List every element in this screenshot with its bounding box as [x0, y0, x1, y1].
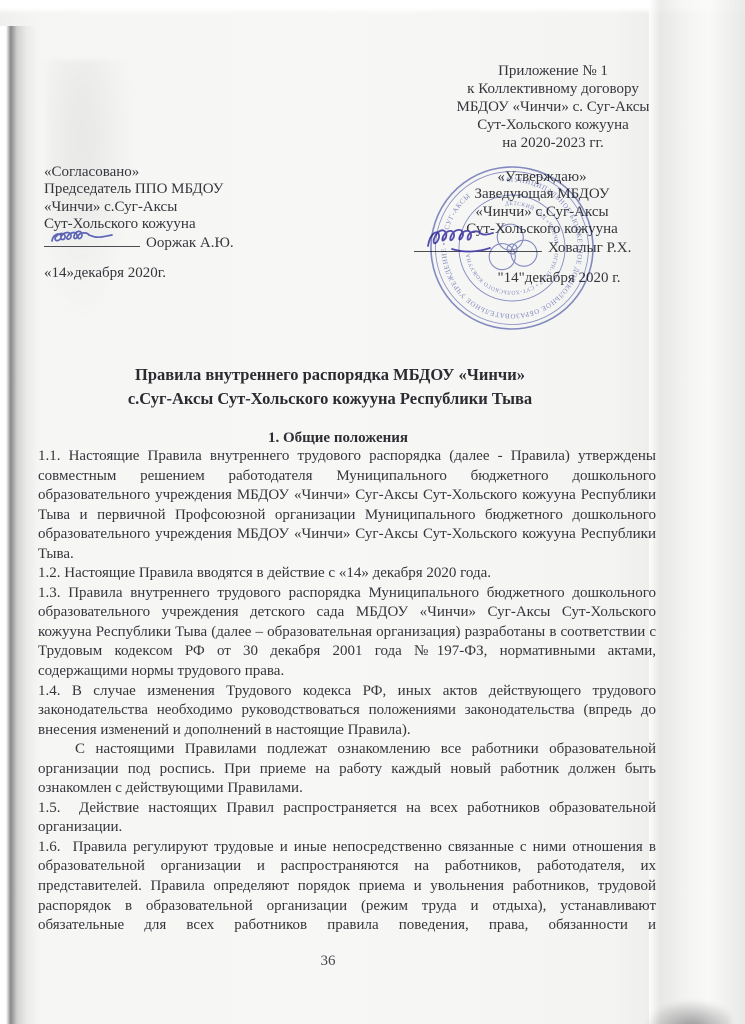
approved-line: Заведующая МБДОУ [414, 186, 670, 203]
approved-date: "14"декабря 2020 г. [414, 270, 670, 287]
approved-signatory-name: Ховалыг Р.Х. [542, 240, 631, 256]
approved-line: Сут-Хольского кожууна [414, 221, 670, 238]
scan-top-strip [0, 0, 745, 14]
page-number: 36 [38, 953, 618, 970]
document-body: 1.1. Настоящие Правила внутреннего трудо… [38, 447, 656, 936]
paragraph-1-3: 1.3. Правила внутреннего трудового распо… [38, 584, 656, 682]
agreed-line: «Чинчи» с.Суг-Аксы [44, 199, 294, 216]
approved-block: «Утверждаю» Заведующая МБДОУ «Чинчи» с.С… [414, 169, 670, 287]
agreed-signature-row: Ооржак А.Ю. [44, 234, 294, 252]
agreed-block: «Согласовано» Председатель ППО МБДОУ «Чи… [44, 164, 294, 282]
appendix-header-line: Сут-Хольского кожууна [438, 116, 668, 134]
agreed-line: «Согласовано» [44, 164, 294, 181]
appendix-header: Приложение № 1 к Коллективному договору … [438, 62, 668, 152]
document-title: Правила внутреннего распорядка МБДОУ «Чи… [30, 363, 630, 410]
scan-edge-left [0, 26, 38, 1024]
paragraph-1-4: 1.4. В случае изменения Трудового кодекс… [38, 682, 656, 741]
document-title-line2: с.Суг-Аксы Сут-Хольского кожууна Республ… [128, 389, 532, 408]
document-title-line1: Правила внутреннего распорядка МБДОУ «Чи… [135, 365, 525, 384]
paragraph-1-2: 1.2. Настоящие Правила вводятся в действ… [38, 564, 656, 584]
agreed-line: Председатель ППО МБДОУ [44, 181, 294, 198]
approved-line: «Чинчи» с.Суг-Аксы [414, 204, 670, 221]
appendix-header-line: на 2020-2023 гг. [438, 134, 668, 152]
scan-corner-smudge [645, 1000, 731, 1024]
signature-line [44, 234, 140, 247]
approved-signature-row: Ховалыг Р.Х. [414, 239, 670, 257]
appendix-header-line: Приложение № 1 [438, 62, 668, 80]
scanned-document-page: Приложение № 1 к Коллективному договору … [0, 0, 745, 1024]
signature-line [414, 239, 542, 252]
agreed-date: «14»декабря 2020г. [44, 265, 294, 282]
paragraph-familiarization: С настоящими Правилами подлежат ознакомл… [38, 740, 656, 799]
section-heading: 1. Общие положения [38, 430, 638, 447]
appendix-header-line: МБДОУ «Чинчи» с. Суг-Аксы [438, 98, 668, 116]
approved-line: «Утверждаю» [414, 169, 670, 186]
appendix-header-line: к Коллективному договору [438, 80, 668, 98]
agreed-signatory-name: Ооржак А.Ю. [140, 235, 234, 251]
agreed-line: Сут-Хольского кожууна [44, 216, 294, 233]
paragraph-1-6: 1.6. Правила регулируют трудовые и иные … [38, 838, 656, 936]
paragraph-1-5: 1.5. Действие настоящих Правил распростр… [38, 799, 656, 838]
paragraph-1-1: 1.1. Настоящие Правила внутреннего трудо… [38, 447, 656, 564]
scan-edge-right [649, 0, 745, 1024]
